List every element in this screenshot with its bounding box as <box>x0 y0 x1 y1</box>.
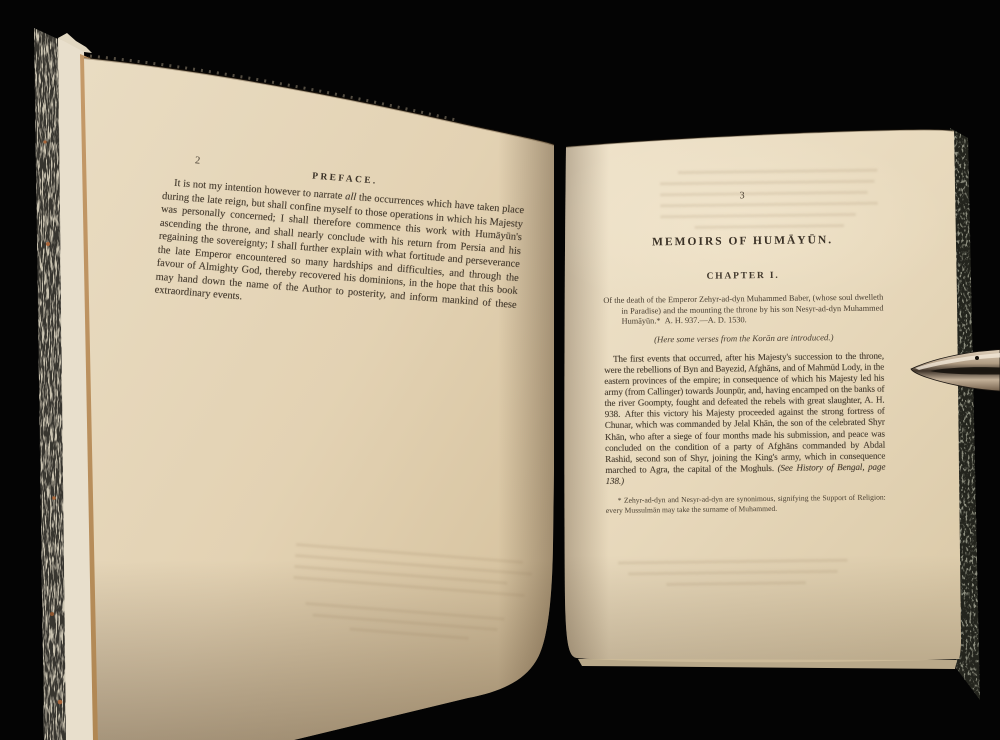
pen-nib-icon <box>911 350 1000 392</box>
pen-layer <box>0 0 1000 740</box>
book-photograph: 2 PREFACE. It is not my intention howeve… <box>0 0 1000 740</box>
